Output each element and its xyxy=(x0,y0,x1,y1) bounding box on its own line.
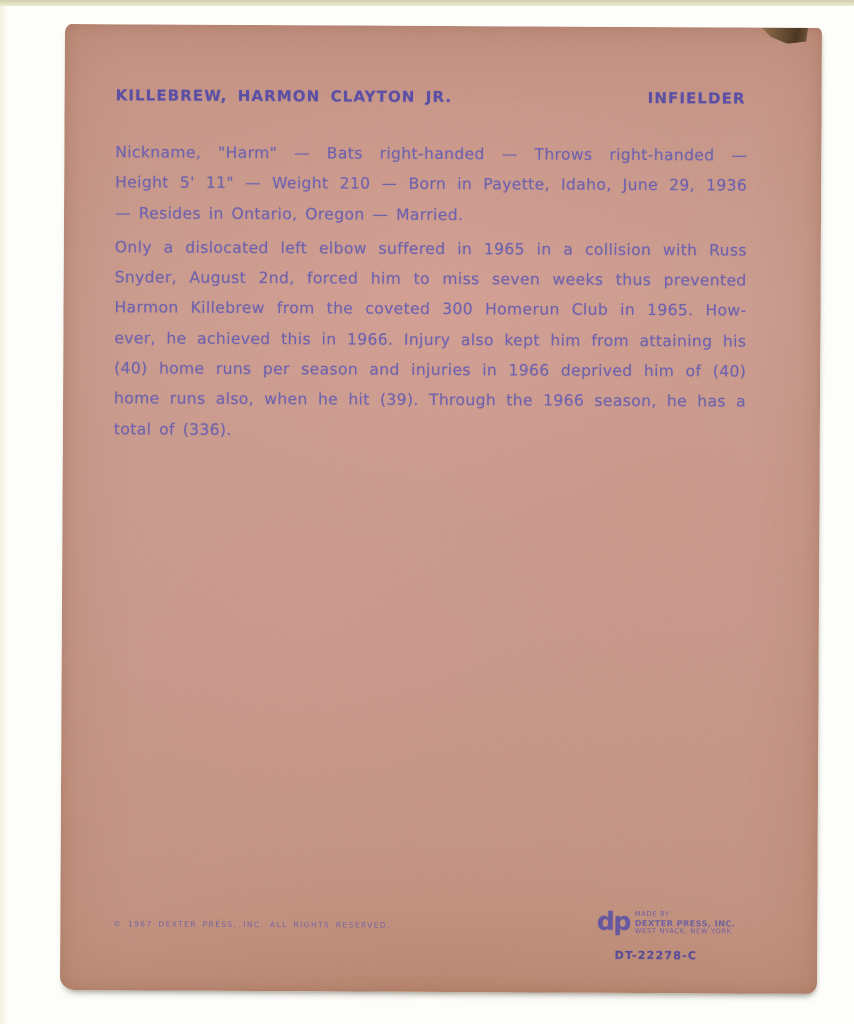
player-position: INFIELDER xyxy=(648,89,746,108)
scanner-edge-strip xyxy=(0,0,854,6)
scanner-left-shade xyxy=(0,6,9,1024)
made-by-text: MADE BY DEXTER PRESS, INC. WEST NYACK, N… xyxy=(635,911,736,936)
copyright-line: © 1967 DEXTER PRESS, INC. ALL RIGHTS RES… xyxy=(113,919,391,929)
bio-paragraph: Nickname, "Harm" — Bats right-handed — T… xyxy=(115,137,747,231)
player-name: KILLEBREW, HARMON CLAYTON JR. xyxy=(116,86,453,106)
trading-card-back: KILLEBREW, HARMON CLAYTON JR. INFIELDER … xyxy=(60,24,822,994)
card-header: KILLEBREW, HARMON CLAYTON JR. INFIELDER xyxy=(116,86,746,107)
dexter-press-logo: dp xyxy=(597,911,630,933)
print-code: DT-22278-C xyxy=(615,949,698,962)
bio-line: Nickname, "Harm" — Bats right-handed — T… xyxy=(115,137,747,171)
career-line: Snyder, August 2nd, forced him to miss s… xyxy=(115,262,747,296)
card-content: KILLEBREW, HARMON CLAYTON JR. INFIELDER … xyxy=(60,24,822,994)
career-line: Harmon Killebrew from the coveted 300 Ho… xyxy=(114,293,746,327)
bio-line: Height 5' 11" — Weight 210 — Born in Pay… xyxy=(115,168,747,202)
bio-line: — Resides in Ontario, Oregon — Married. xyxy=(115,198,747,232)
printer-credit: dp MADE BY DEXTER PRESS, INC. WEST NYACK… xyxy=(597,911,735,936)
made-by-line: WEST NYACK, NEW YORK xyxy=(635,928,736,936)
card-body-text: Nickname, "Harm" — Bats right-handed — T… xyxy=(114,137,748,451)
career-line: total of (336). xyxy=(114,414,746,448)
career-line: home runs also, when he hit (39). Throug… xyxy=(114,384,746,418)
career-line: Only a dislocated left elbow suffered in… xyxy=(115,232,747,266)
career-line: ever, he achieved this in 1966. Injury a… xyxy=(114,323,746,357)
career-paragraph: Only a dislocated left elbow suffered in… xyxy=(114,232,747,447)
career-line: (40) home runs per season and injuries i… xyxy=(114,353,746,387)
